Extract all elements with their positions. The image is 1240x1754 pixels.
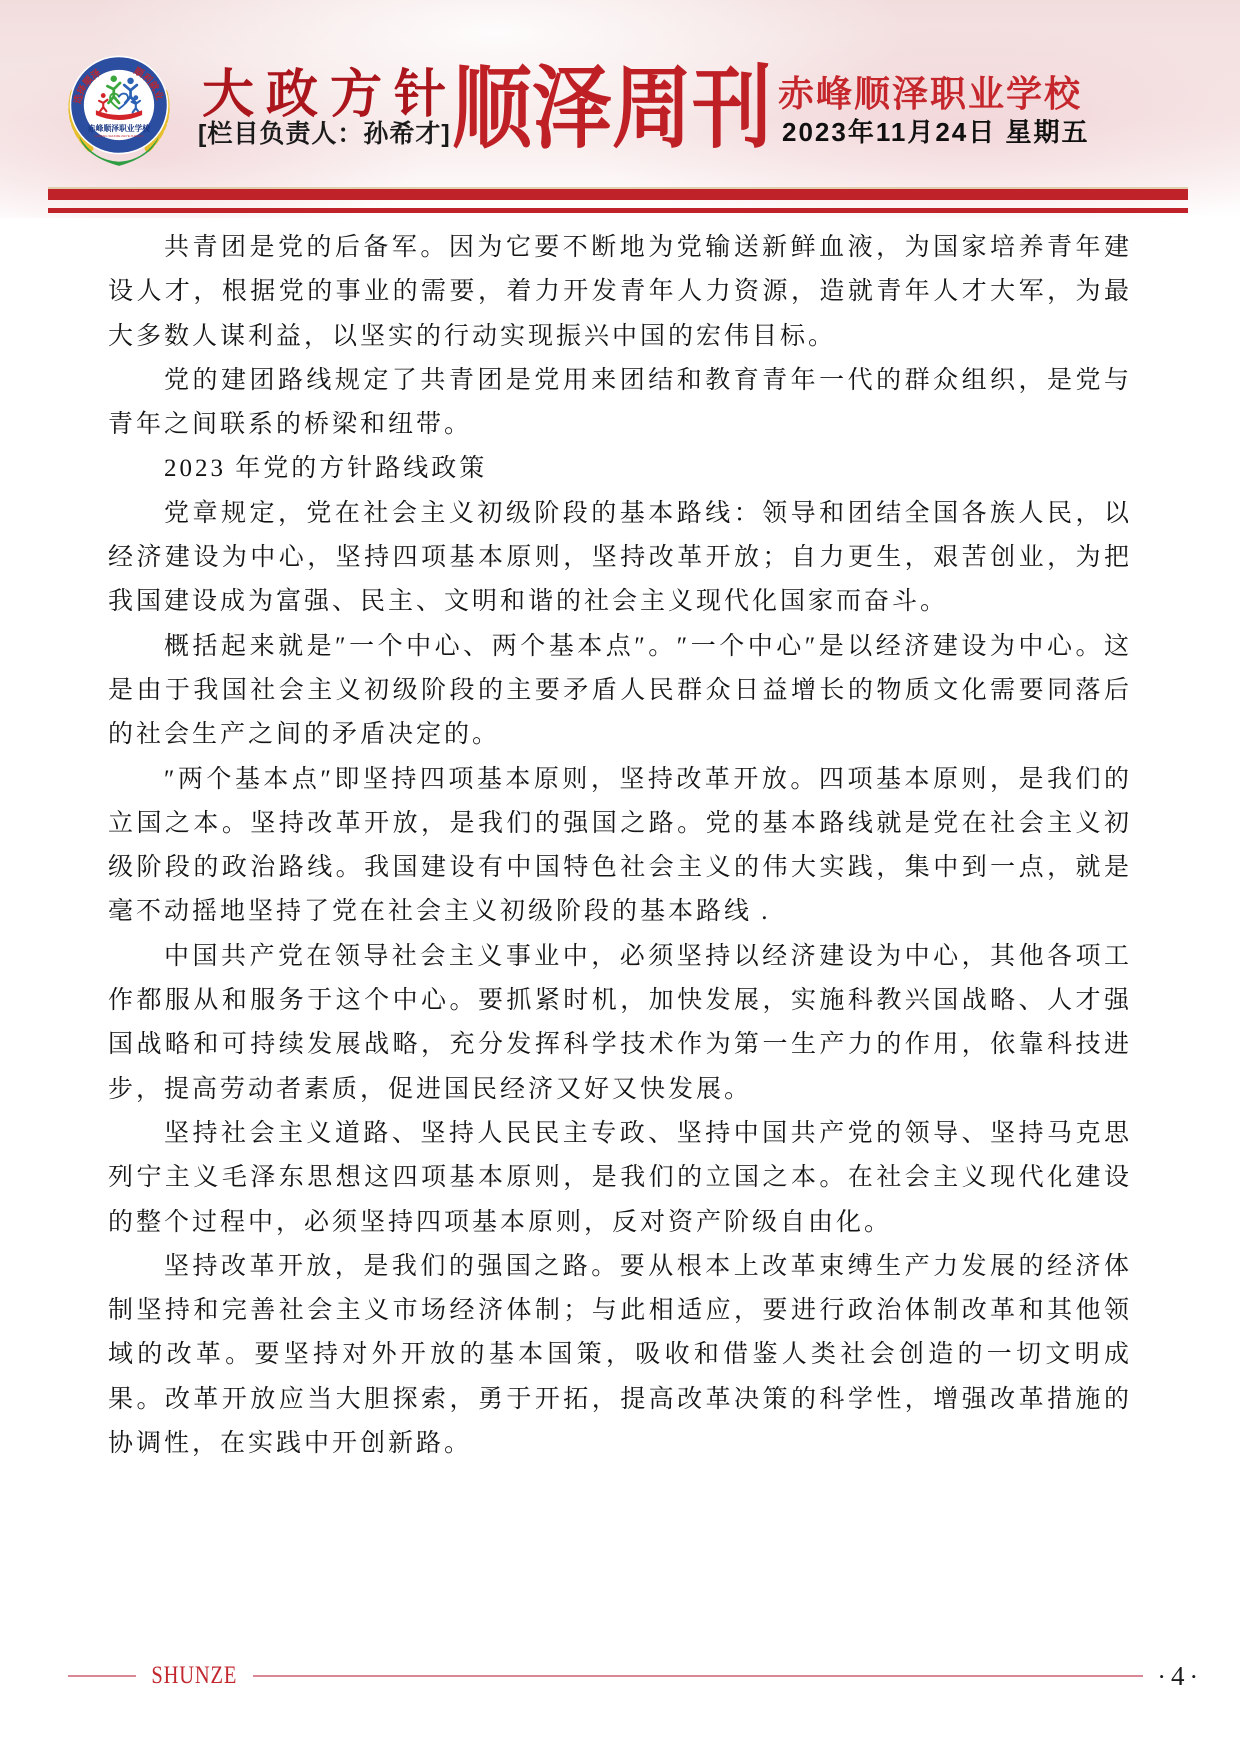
article-body: 共青团是党的后备军。因为它要不断地为党输送新鲜血液，为国家培养青年建设人才，根据… — [108, 226, 1132, 1466]
page-number-value: 4 — [1171, 1661, 1185, 1692]
article-paragraph: 2023 年党的方针路线政策 — [108, 447, 1132, 491]
header-rule-thin — [48, 208, 1188, 213]
page-number-dot-right: • — [1191, 1670, 1196, 1683]
school-logo: 选择顺泽 顺利就业 — [56, 42, 182, 168]
column-manager: [栏目负责人：孙希才] — [198, 114, 451, 150]
newsletter-page: 选择顺泽 顺利就业 — [0, 0, 1240, 1754]
page-footer: SHUNZE • 4 • — [68, 1660, 1196, 1692]
page-number-dot-left: • — [1159, 1670, 1164, 1683]
masthead-title: 顺泽周刊 — [452, 36, 772, 165]
school-name: 赤峰顺泽职业学校 — [778, 66, 1082, 117]
article-paragraph: 坚持改革开放，是我们的强国之路。要从根本上改革束缚生产力发展的经济体制坚持和完善… — [108, 1245, 1132, 1466]
page-number: • 4 • — [1159, 1661, 1196, 1692]
article-paragraph: ″两个基本点″即坚持四项基本原则，坚持改革开放。四项基本原则，是我们的立国之本。… — [108, 758, 1132, 935]
article-paragraph: 中国共产党在领导社会主义事业中，必须坚持以经济建设为中心，其他各项工作都服从和服… — [108, 935, 1132, 1112]
article-paragraph: 概括起来就是″一个中心、两个基本点″。″一个中心″是以经济建设为中心。这是由于我… — [108, 625, 1132, 758]
footer-line-left — [68, 1675, 136, 1677]
article-paragraph: 共青团是党的后备军。因为它要不断地为党输送新鲜血液，为国家培养青年建设人才，根据… — [108, 226, 1132, 359]
logo-banner-subtext: CHIFENG SHUNZE ZHIYE XUEXIAO — [94, 134, 144, 138]
footer-line-right — [253, 1675, 1144, 1677]
logo-banner-text: 赤峰顺泽职业学校 — [88, 123, 150, 133]
article-paragraph: 坚持社会主义道路、坚持人民民主专政、坚持中国共产党的领导、坚持马克思列宁主义毛泽… — [108, 1112, 1132, 1245]
article-paragraph: 党章规定，党在社会主义初级阶段的基本路线：领导和团结全国各族人民，以经济建设为中… — [108, 492, 1132, 625]
issue-date: 2023年11月24日 星期五 — [782, 112, 1089, 149]
footer-brand: SHUNZE — [151, 1662, 237, 1690]
school-logo-icon: 选择顺泽 顺利就业 — [56, 42, 182, 168]
article-paragraph: 党的建团路线规定了共青团是党用来团结和教育青年一代的群众组织，是党与青年之间联系… — [108, 359, 1132, 448]
header-rule-thick — [48, 189, 1188, 200]
